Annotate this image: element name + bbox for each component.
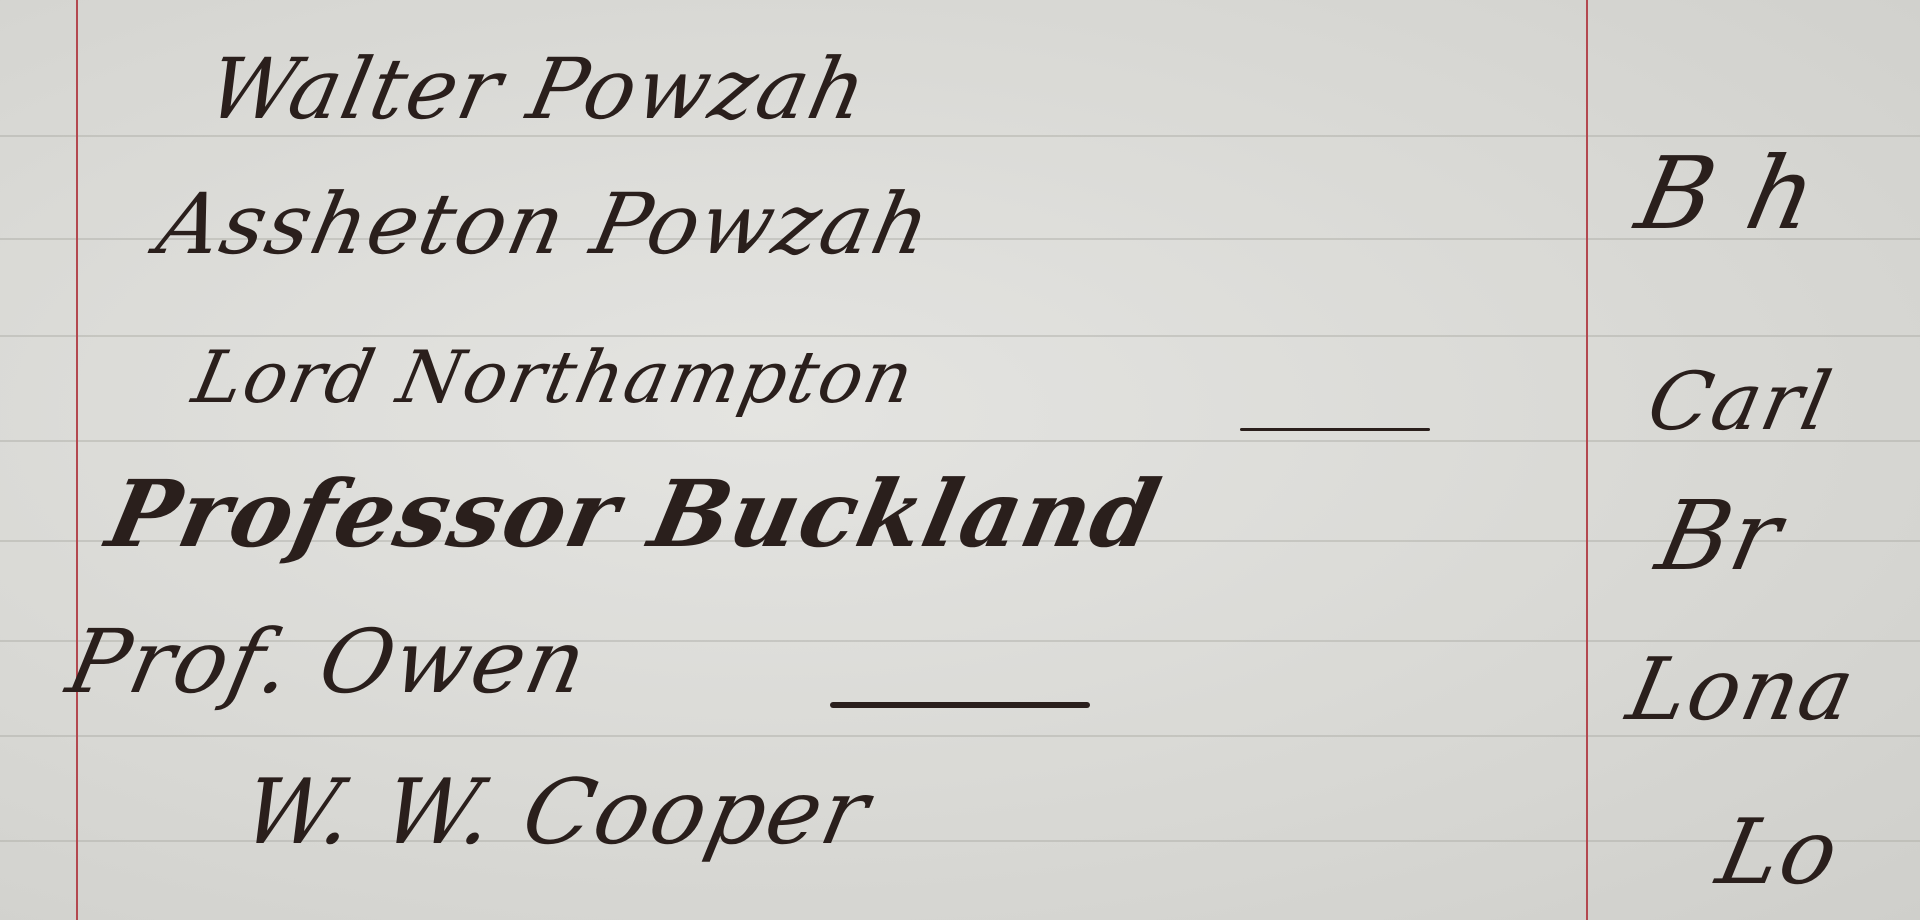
signature-entry: Lord Northampton (186, 335, 922, 419)
signature-entry: Prof. Owen (59, 610, 597, 713)
signature-entry: Assheton Powzah (150, 175, 941, 273)
pen-flourish (830, 702, 1090, 708)
ruled-line (0, 440, 1920, 442)
signature-entry-partial: Lona (1619, 640, 1864, 740)
ledger-page: Walter Powzah Assheton Powzah Lord North… (0, 0, 1920, 920)
signature-entry-partial: Lo (1709, 800, 1849, 905)
signature-entry-partial: B h (1628, 135, 1829, 252)
signature-entry: Professor Buckland (99, 460, 1171, 568)
column-divider-line (1586, 0, 1588, 920)
signature-entry: W. W. Cooper (234, 760, 879, 865)
signature-entry-partial: Br (1648, 480, 1792, 592)
pen-flourish (1240, 428, 1430, 431)
left-margin-line (76, 0, 78, 920)
signature-entry: Walter Powzah (200, 40, 877, 138)
signature-entry-partial: Carl (1640, 355, 1841, 448)
